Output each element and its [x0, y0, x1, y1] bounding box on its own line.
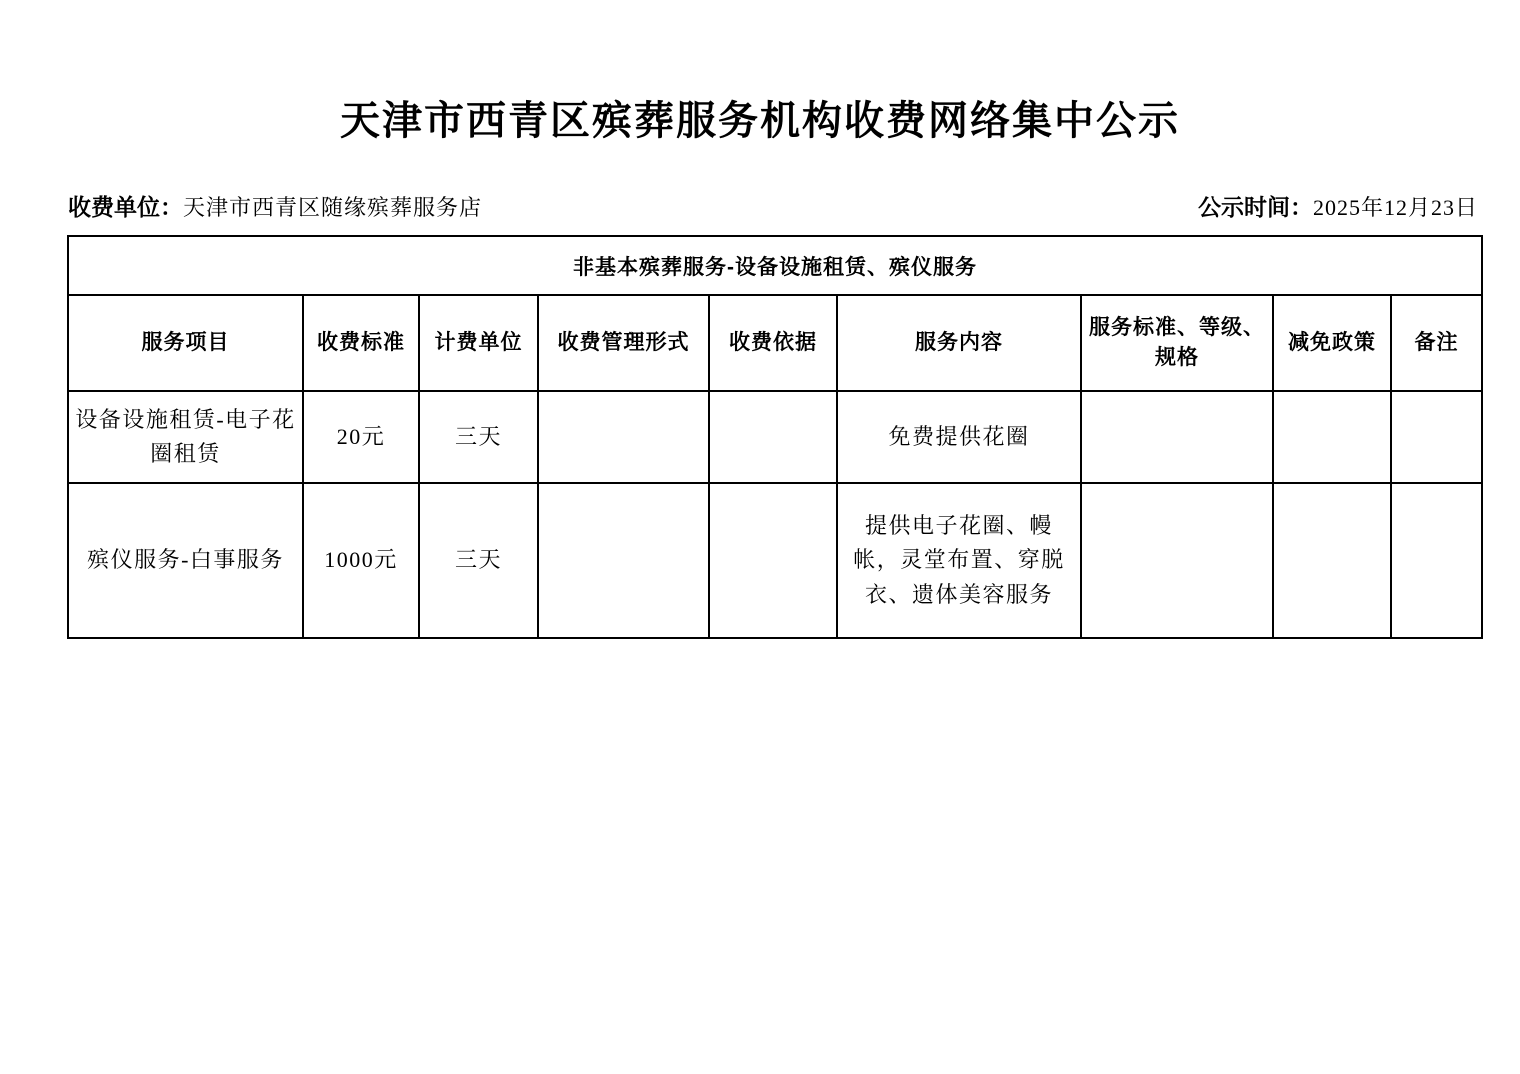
col-header-fee-basis: 收费依据: [709, 295, 837, 391]
fee-table: 非基本殡葬服务-设备设施租赁、殡仪服务 服务项目 收费标准 计费单位 收费管理形…: [67, 235, 1483, 639]
charge-unit: 收费单位：天津市西青区随缘殡葬服务店: [68, 189, 482, 222]
cell-reduction-policy: [1273, 483, 1391, 638]
table-header-row: 服务项目 收费标准 计费单位 收费管理形式 收费依据 服务内容 服务标准、等级、…: [68, 295, 1482, 391]
table-row: 殡仪服务-白事服务 1000元 三天 提供电子花圈、幔帐，灵堂布置、穿脱衣、遗体…: [68, 483, 1482, 638]
col-header-fee-standard: 收费标准: [303, 295, 419, 391]
charge-unit-value: 天津市西青区随缘殡葬服务店: [183, 195, 482, 220]
cell-billing-unit: 三天: [419, 483, 538, 638]
cell-fee-basis: [709, 391, 837, 483]
page-title: 天津市西青区殡葬服务机构收费网络集中公示: [0, 0, 1520, 142]
cell-reduction-policy: [1273, 391, 1391, 483]
table-caption: 非基本殡葬服务-设备设施租赁、殡仪服务: [68, 236, 1482, 295]
table-row: 设备设施租赁-电子花圈租赁 20元 三天 免费提供花圈: [68, 391, 1482, 483]
charge-unit-label: 收费单位：: [68, 194, 183, 220]
col-header-remarks: 备注: [1391, 295, 1482, 391]
col-header-reduction-policy: 减免政策: [1273, 295, 1391, 391]
table-caption-row: 非基本殡葬服务-设备设施租赁、殡仪服务: [68, 236, 1482, 295]
cell-service-item: 殡仪服务-白事服务: [68, 483, 303, 638]
cell-service-standard: [1081, 483, 1273, 638]
cell-service-item: 设备设施租赁-电子花圈租赁: [68, 391, 303, 483]
cell-fee-standard: 20元: [303, 391, 419, 483]
info-row: 收费单位：天津市西青区随缘殡葬服务店 公示时间：2025年12月23日: [0, 189, 1520, 222]
cell-fee-management-form: [538, 483, 709, 638]
publish-time-value: 2025年12月23日: [1313, 195, 1478, 220]
publish-time-label: 公示时间：: [1198, 194, 1313, 220]
cell-billing-unit: 三天: [419, 391, 538, 483]
cell-fee-management-form: [538, 391, 709, 483]
document-page: 天津市西青区殡葬服务机构收费网络集中公示 收费单位：天津市西青区随缘殡葬服务店 …: [0, 0, 1520, 1074]
col-header-service-content: 服务内容: [837, 295, 1081, 391]
cell-service-content: 提供电子花圈、幔帐，灵堂布置、穿脱衣、遗体美容服务: [837, 483, 1081, 638]
cell-remarks: [1391, 391, 1482, 483]
cell-fee-basis: [709, 483, 837, 638]
cell-service-content: 免费提供花圈: [837, 391, 1081, 483]
col-header-service-item: 服务项目: [68, 295, 303, 391]
col-header-service-standard: 服务标准、等级、规格: [1081, 295, 1273, 391]
cell-remarks: [1391, 483, 1482, 638]
col-header-billing-unit: 计费单位: [419, 295, 538, 391]
cell-fee-standard: 1000元: [303, 483, 419, 638]
col-header-fee-management-form: 收费管理形式: [538, 295, 709, 391]
cell-service-standard: [1081, 391, 1273, 483]
publish-time: 公示时间：2025年12月23日: [1198, 189, 1478, 222]
